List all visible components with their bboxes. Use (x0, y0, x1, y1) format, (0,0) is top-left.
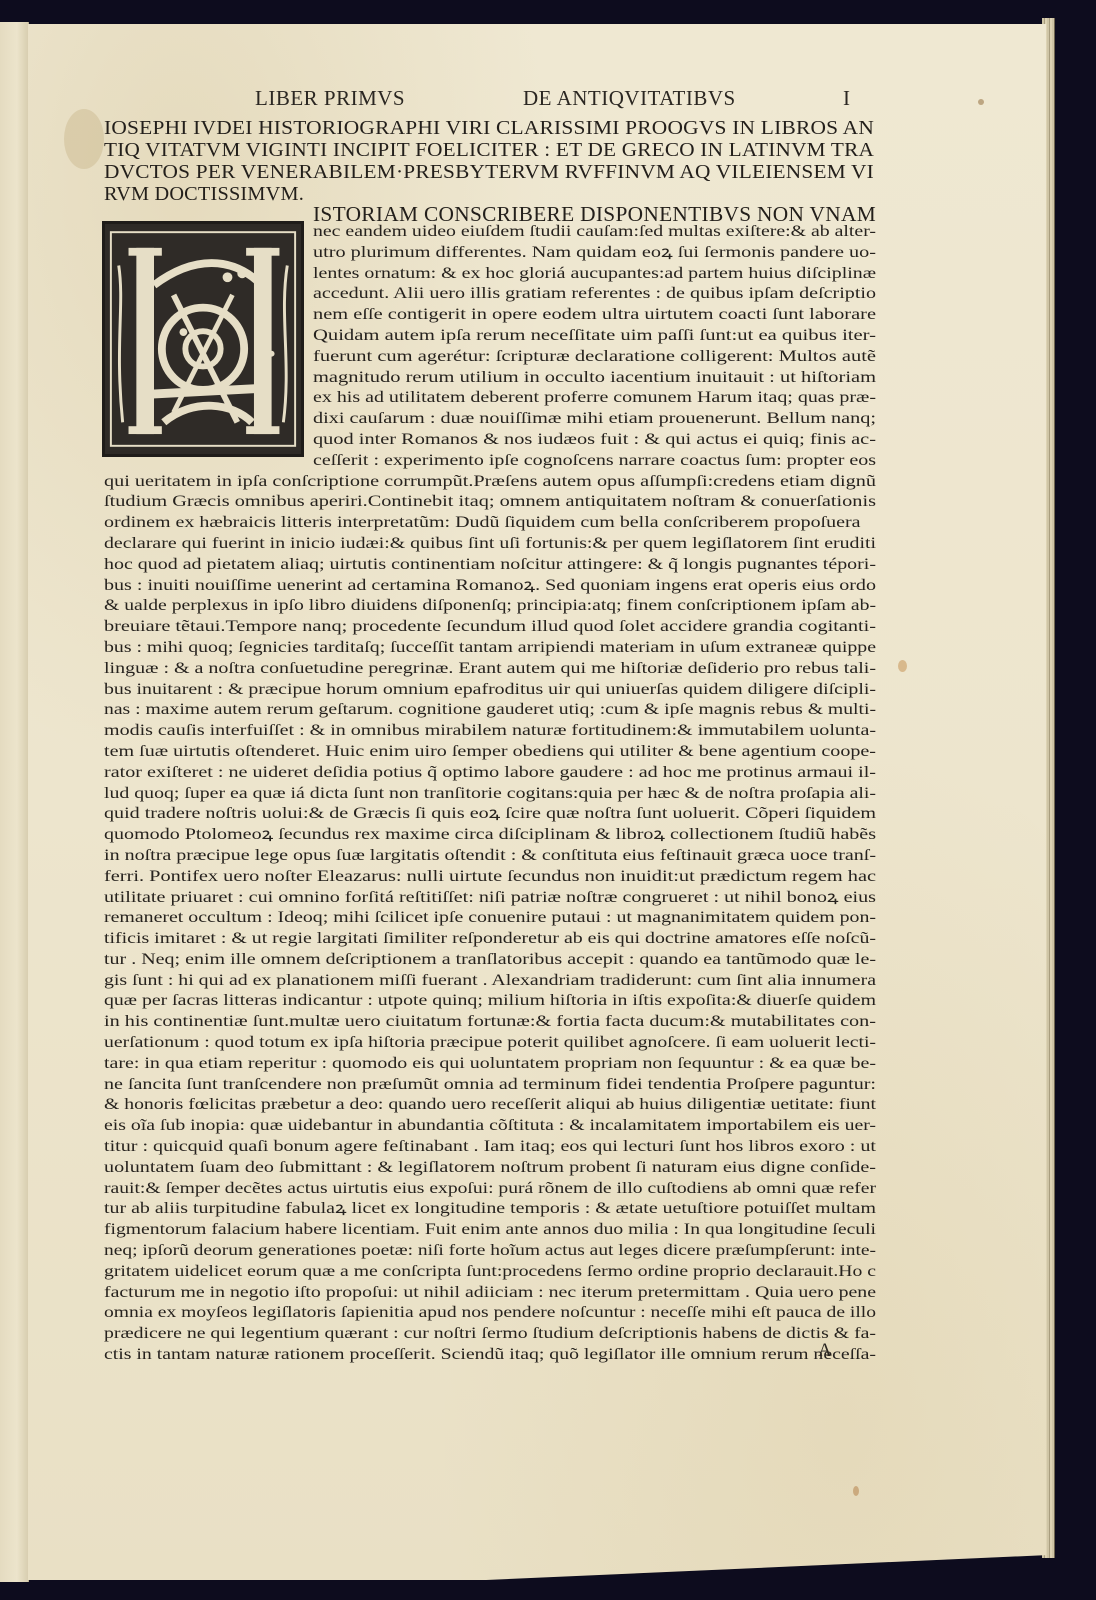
text-line: tare: in qua etiam reperitur : quomodo e… (104, 1054, 876, 1075)
text-line: ne ſancita ſunt tranſcendere non præſumũ… (104, 1075, 876, 1096)
text-line: gis ſunt : hi qui ad ex planationem miſſ… (104, 971, 876, 992)
text-line: rauit:& ſemper decẽtes actus uirtutis ei… (104, 1179, 876, 1200)
text-line: tur ab aliis turpitudine fabulaꝝ licet e… (104, 1199, 876, 1220)
text-line: figmentorum falacium habere licentiam. F… (104, 1220, 876, 1241)
text-line: dixi cauſarum : duæ nouiſſimæ mihi etiam… (104, 409, 876, 430)
text-line: qui ueritatem in ipſa conſcriptione corr… (104, 472, 876, 493)
title-line: TIQ VITATVM VIGINTI INCIPIT FOELICITER :… (104, 140, 874, 162)
text-line: magnitudo rerum utilium in occulto iacen… (104, 368, 876, 389)
text-line: ferri. Pontifex uero noſter Eleazarus: n… (104, 867, 876, 888)
text-line: utilitate priuaret : cui omnino forſitá … (104, 888, 876, 909)
folio-number: I (843, 86, 851, 111)
paper-stain (853, 1486, 859, 1496)
facing-page-edge (0, 22, 29, 1582)
text-line: quid tradere noſtris uolui:& de Græcis ſ… (104, 804, 876, 825)
text-line (104, 1366, 876, 1387)
text-line: omnia ex moyſeos legiſlatoris ſapienitia… (104, 1303, 876, 1324)
text-line: accedunt. Alii uero illis gratiam refere… (104, 284, 876, 305)
text-line: breuiare tẽtaui.Tempore nanq; procedente… (104, 617, 876, 638)
text-line: Quidam autem ipſa rerum neceſſitate uim … (104, 326, 876, 347)
text-line: nem eſſe contigerit in opere eodem ultra… (104, 305, 876, 326)
text-line: ordinem ex hæbraicis litteris interpreta… (104, 513, 876, 534)
text-line: & ualde perplexus in ipſo libro diuidens… (104, 596, 876, 617)
text-line: uerſationum : quod totum ex ipſa hiſtori… (104, 1033, 876, 1054)
text-line: bus : mihi quoq; ſegnicies tarditaſq; ſu… (104, 638, 876, 659)
text-line: gritatem uidelicet eorum quæ a me conſcr… (104, 1262, 876, 1283)
text-line: titur : quicquid quaſi bonum agere feſti… (104, 1137, 876, 1158)
text-line: ceſſerit : experimento ipſe cognoſcens n… (104, 451, 876, 472)
text-line: ctis in tantam naturæ rationem proceſſer… (104, 1345, 876, 1366)
text-line: quæ per ſacras litteras indicantur : utp… (104, 991, 876, 1012)
text-line: declarare qui fuerint in inicio iudæi:& … (104, 534, 876, 555)
text-line: uoluntatem ſuam deo ſubmittant : & legiſ… (104, 1158, 876, 1179)
text-line: rator exiſteret : ne uideret deſidia pot… (104, 763, 876, 784)
running-head-title: DE ANTIQVITATIBVS (523, 86, 736, 111)
prologue-title: IOSEPHI IVDEI HISTORIOGRAPHI VIRI CLARIS… (104, 118, 874, 206)
text-line: tur . Neq; enim ille omnem deſcriptionem… (104, 950, 876, 971)
text-line: linguæ : & a noſtra conſuetudine peregri… (104, 659, 876, 680)
signature-mark: A (818, 1340, 832, 1362)
running-head: LIBER PRIMVS DE ANTIQVITATIBVS I (255, 86, 875, 112)
text-line: lentes ornatum: & ex hoc gloriá aucupant… (104, 264, 876, 285)
text-line: in his continentiæ ſunt.multæ uero ciuit… (104, 1012, 876, 1033)
text-line: fuerunt cum agerétur: ſcripturæ declarat… (104, 347, 876, 368)
text-line: neq; ipſorũ deorum generationes poetæ: n… (104, 1241, 876, 1262)
paper-stain (898, 660, 907, 672)
title-line: DVCTOS PER VENERABILEM·PRESBYTERVM RVFFI… (104, 162, 874, 184)
text-line: lud quoq; ſuper ea quæ iá dicta ſunt non… (104, 784, 876, 805)
text-line: remaneret occultum : Ideoq; mihi ſcilice… (104, 908, 876, 929)
paper-stain (64, 109, 104, 169)
text-line: & honoris fœlicitas præbetur a deo: quan… (104, 1095, 876, 1116)
text-line: nec eandem uideo eiuſdem ſtudii cauſam:ſ… (104, 222, 876, 243)
running-head-book: LIBER PRIMVS (255, 86, 405, 111)
text-line: prædicere ne qui legentium quærant : cur… (104, 1324, 876, 1345)
text-line: quomodo Ptolomeoꝝ ſecundus rex maxime ci… (104, 825, 876, 846)
text-line: ex his ad utilitatem deberent proferre c… (104, 388, 876, 409)
body-text: nec eandem uideo eiuſdem ſtudii cauſam:ſ… (104, 222, 876, 1387)
text-line: hoc quod ad pietatem aliaq; uirtutis con… (104, 555, 876, 576)
paper-stain (978, 99, 984, 105)
text-line: bus : inuiti nouiſſime uenerint ad certa… (104, 576, 876, 597)
text-line: ſtudium Græcis omnibus aperiri.Continebi… (104, 492, 876, 513)
text-line: nas : maxime autem rerum geſtarum. cogni… (104, 700, 876, 721)
text-line: tificis imitaret : & ut regie largitati … (104, 929, 876, 950)
text-line: in noſtra præcipue lege opus ſuæ largita… (104, 846, 876, 867)
text-line: eis oĩa ſub inopia: quæ uidebantur in ab… (104, 1116, 876, 1137)
text-line: bus inuitarent : & præcipue horum omnium… (104, 680, 876, 701)
title-line: IOSEPHI IVDEI HISTORIOGRAPHI VIRI CLARIS… (104, 118, 874, 140)
text-line: utro plurimum differentes. Nam quidam eo… (104, 243, 876, 264)
text-line: modis cauſis interfuiſſet : & in omnibus… (104, 721, 876, 742)
text-line: tem ſuæ uirtutis oſtenderet. Huic enim u… (104, 742, 876, 763)
text-line: quod inter Romanos & nos iudæos fuit : &… (104, 430, 876, 451)
text-line: facturum me in negotio iſto propoſui: ut… (104, 1283, 876, 1304)
